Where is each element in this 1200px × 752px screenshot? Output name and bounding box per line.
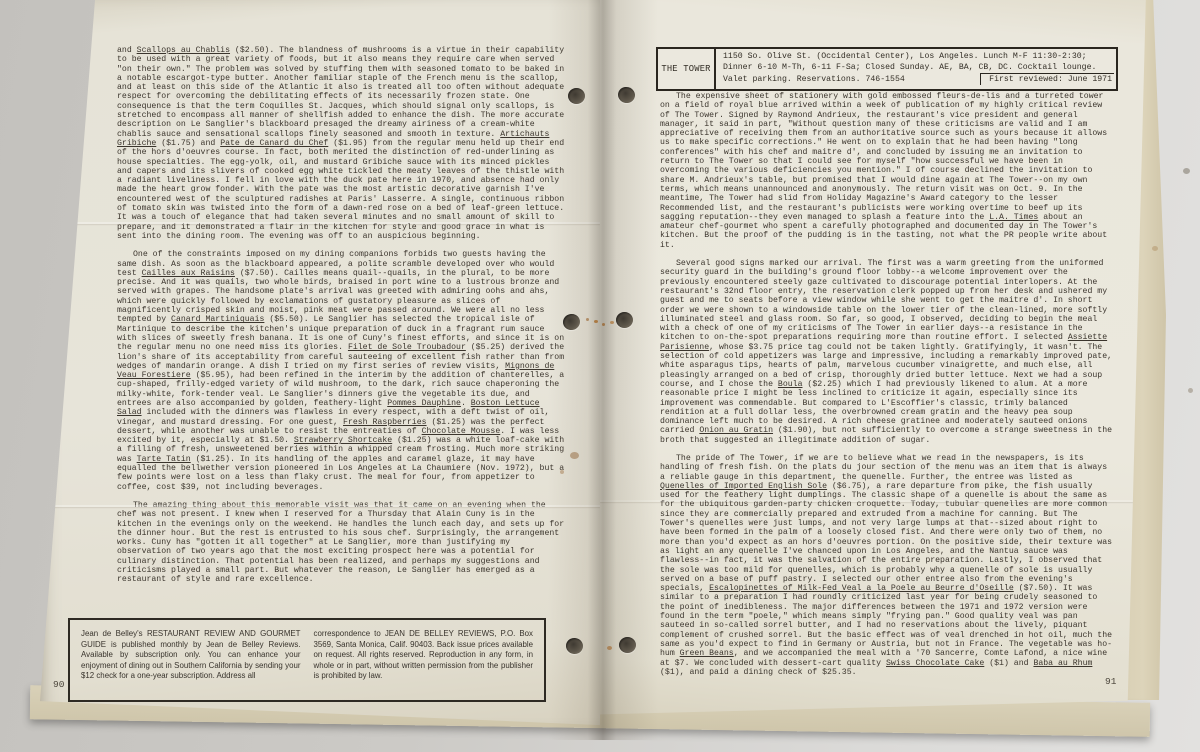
rust-stain [1183,168,1190,174]
magazine-spread: and Scallops au Chablis ($2.50). The bla… [0,0,1200,752]
right-paragraph-1: The expensive sheet of stationery with g… [660,92,1116,250]
subscription-text-left: Jean de Belley's RESTAURANT REVIEW AND G… [81,629,301,691]
left-paragraph-1: and Scallops au Chablis ($2.50). The bla… [117,46,567,241]
page-number-left: 90 [53,679,64,690]
right-page: THE TOWER 1150 So. Olive St. (Occidental… [600,0,1148,718]
page-number-right: 91 [1105,676,1116,687]
restaurant-hours-line: Dinner 6-10 M-Th, 6-11 F-Sa; Closed Sund… [723,62,1112,73]
binder-hole [619,637,636,653]
restaurant-info: 1150 So. Olive St. (Occidental Center), … [716,49,1116,89]
right-page-text: The expensive sheet of stationery with g… [660,92,1116,686]
restaurant-header-box: THE TOWER 1150 So. Olive St. (Occidental… [656,47,1118,91]
binder-hole [616,312,633,328]
restaurant-address-line: 1150 So. Olive St. (Occidental Center), … [723,51,1112,62]
first-reviewed-label: First reviewed: June 1971 [980,73,1114,85]
left-paragraph-2: One of the constraints imposed on my din… [117,250,567,492]
restaurant-parking-phone: Valet parking. Reservations. 746-1554 [723,74,905,85]
right-paragraph-3: The pride of The Tower, if we are to bel… [660,454,1116,677]
left-page-text: and Scallops au Chablis ($2.50). The bla… [117,46,567,594]
restaurant-name: THE TOWER [658,49,716,89]
subscription-info-box: Jean de Belley's RESTAURANT REVIEW AND G… [68,618,546,702]
restaurant-phone-line: Valet parking. Reservations. 746-1554 Fi… [723,73,1112,85]
right-paragraph-2: Several good signs marked our arrival. T… [660,259,1116,445]
rust-stain [1188,388,1193,393]
subscription-text-right: correspondence to JEAN DE BELLEY REVIEWS… [314,629,534,691]
left-page: and Scallops au Chablis ($2.50). The bla… [40,0,600,728]
binder-hole [568,88,585,104]
left-paragraph-3: The amazing thing about this memorable v… [117,501,567,585]
